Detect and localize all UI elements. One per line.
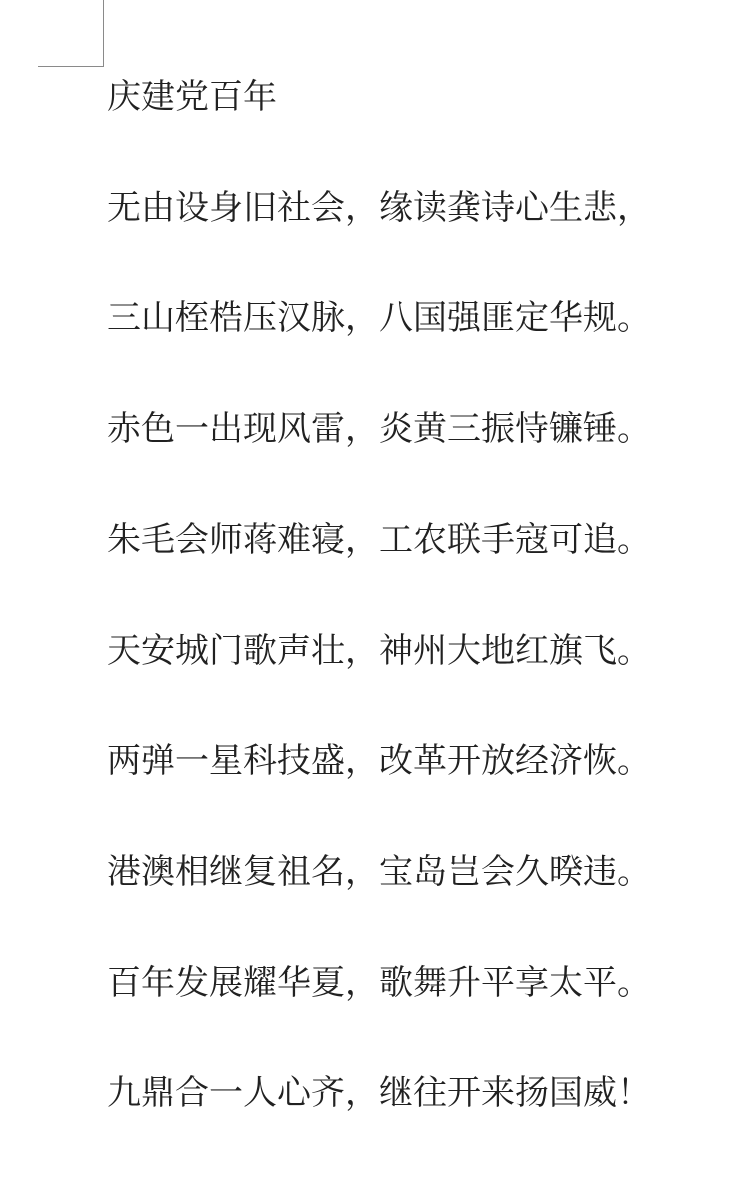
poem-line[interactable]: 无由设身旧社会，缘读龚诗心生悲，	[107, 153, 651, 264]
poem-title[interactable]: 庆建党百年	[107, 42, 651, 153]
corner-vertical-line	[103, 0, 104, 67]
poem-line[interactable]: 两弹一星科技盛，改革开放经济恢。	[107, 706, 651, 817]
poem-line[interactable]: 百年发展耀华夏，歌舞升平享太平。	[107, 928, 651, 1039]
document-text-area[interactable]: 庆建党百年 无由设身旧社会，缘读龚诗心生悲， 三山桎梏压汉脉，八国强匪定华规。 …	[107, 42, 651, 1149]
poem-line[interactable]: 港澳相继复祖名，宝岛岂会久暌违。	[107, 817, 651, 928]
poem-line[interactable]: 赤色一出现风雷，炎黄三振恃镰锤。	[107, 374, 651, 485]
poem-line[interactable]: 朱毛会师蒋难寝，工农联手寇可追。	[107, 485, 651, 596]
poem-line[interactable]: 三山桎梏压汉脉，八国强匪定华规。	[107, 263, 651, 374]
document-page: 庆建党百年 无由设身旧社会，缘读龚诗心生悲， 三山桎梏压汉脉，八国强匪定华规。 …	[0, 0, 746, 1192]
poem-line[interactable]: 天安城门歌声壮，神州大地红旗飞。	[107, 596, 651, 707]
poem-line[interactable]: 九鼎合一人心齐，继往开来扬国威！	[107, 1038, 651, 1149]
corner-horizontal-line	[38, 66, 104, 67]
